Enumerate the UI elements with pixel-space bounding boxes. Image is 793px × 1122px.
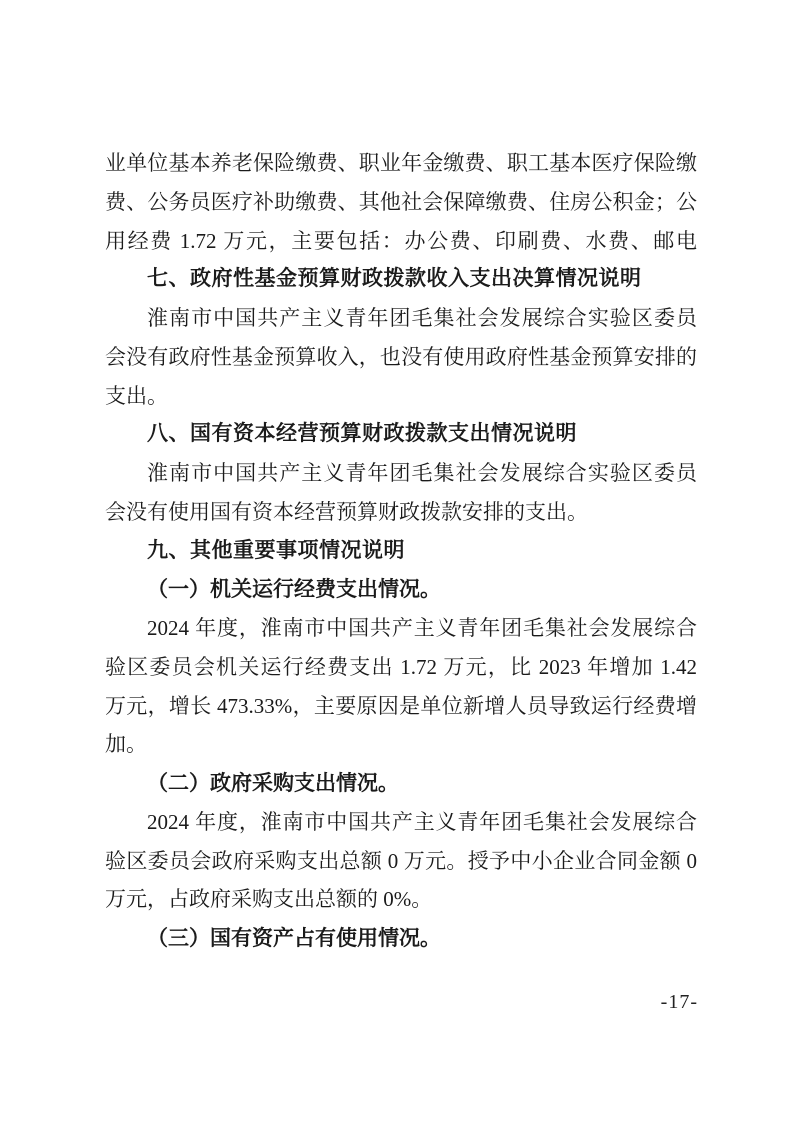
section-heading-8: 八、国有资本经营预算财政拨款支出情况说明 bbox=[105, 415, 697, 454]
paragraph-line: 用经费 1.72 万元，主要包括：办公费、印刷费、水费、邮电费。 bbox=[105, 222, 697, 261]
subsection-heading-2: （二）政府采购支出情况。 bbox=[105, 764, 697, 803]
paragraph-line: 业单位基本养老保险缴费、职业年金缴费、职工基本医疗保险缴 bbox=[105, 144, 697, 183]
paragraph-line: 会没有使用国有资本经营预算财政拨款安排的支出。 bbox=[105, 493, 697, 532]
paragraph-line: 2024 年度，淮南市中国共产主义青年团毛集社会发展综合实 bbox=[105, 803, 697, 842]
paragraph-line: 加。 bbox=[105, 725, 697, 764]
paragraph-line: 万元，增长 473.33%，主要原因是单位新增人员导致运行经费增 bbox=[105, 687, 697, 726]
paragraph-line: 万元，占政府采购支出总额的 0%。 bbox=[105, 880, 697, 919]
document-page: 业单位基本养老保险缴费、职业年金缴费、职工基本医疗保险缴 费、公务员医疗补助缴费… bbox=[0, 0, 793, 1122]
subsection-heading-3: （三）国有资产占有使用情况。 bbox=[105, 919, 697, 958]
paragraph-line: 淮南市中国共产主义青年团毛集社会发展综合实验区委员 bbox=[105, 299, 697, 338]
paragraph-line: 验区委员会机关运行经费支出 1.72 万元，比 2023 年增加 1.42 bbox=[105, 648, 697, 687]
page-number: -17- bbox=[661, 991, 698, 1014]
document-body: 业单位基本养老保险缴费、职业年金缴费、职工基本医疗保险缴 费、公务员医疗补助缴费… bbox=[105, 144, 697, 958]
paragraph-line: 会没有政府性基金预算收入，也没有使用政府性基金预算安排的 bbox=[105, 338, 697, 377]
section-heading-9: 九、其他重要事项情况说明 bbox=[105, 532, 697, 571]
subsection-heading-1: （一）机关运行经费支出情况。 bbox=[105, 570, 697, 609]
paragraph-line: 费、公务员医疗补助缴费、其他社会保障缴费、住房公积金；公 bbox=[105, 183, 697, 222]
section-heading-7: 七、政府性基金预算财政拨款收入支出决算情况说明 bbox=[105, 260, 697, 299]
paragraph-line: 验区委员会政府采购支出总额 0 万元。授予中小企业合同金额 0 bbox=[105, 842, 697, 881]
paragraph-line: 2024 年度，淮南市中国共产主义青年团毛集社会发展综合实 bbox=[105, 609, 697, 648]
paragraph-line: 淮南市中国共产主义青年团毛集社会发展综合实验区委员 bbox=[105, 454, 697, 493]
paragraph-line: 支出。 bbox=[105, 377, 697, 416]
